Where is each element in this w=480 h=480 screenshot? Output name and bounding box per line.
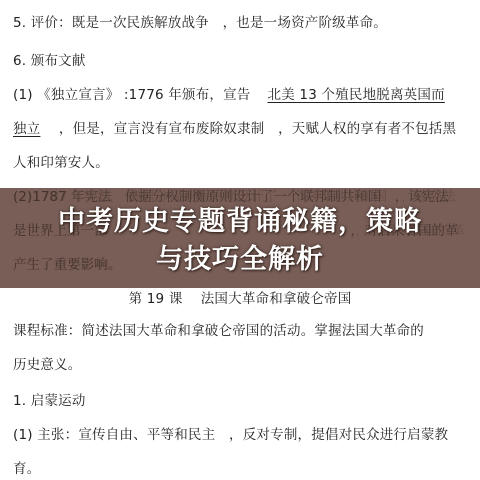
evaluation-line: 5. 评价：既是一次民族解放战争 ，也是一场资产阶级革命。 bbox=[13, 14, 387, 32]
section-heading-documents: 6. 颁布文献 bbox=[13, 52, 86, 70]
declaration-prefix: (1) 《独立宣言》 :1776 年颁布，宣告 bbox=[13, 87, 251, 103]
curriculum-standard-line: 课程标准：简述法国大革命和拿破仑帝国的活动。掌握法国大革命的 bbox=[13, 322, 424, 340]
section-heading-enlightenment: 1. 启蒙运动 bbox=[13, 392, 86, 410]
enlightenment-ideas-line: (1) 主张：宣传自由、平等和民主 ，反对专制，提倡对民众进行启蒙教 bbox=[13, 426, 448, 444]
independence-underlined-text: 独立 bbox=[13, 121, 40, 137]
declaration-continuation-line: 独立​ ，但是，宣言没有宣布废除奴隶制 ，天赋人权的享有者不包括黑 bbox=[13, 120, 456, 138]
declaration-line: (1) 《独立宣言》 :1776 年颁布，宣告 北美 13 个殖民地脱离英国而 bbox=[13, 86, 445, 104]
declaration-continuation-text: ，但是，宣言没有宣布废除奴隶制 ，天赋人权的享有者不包括黑 bbox=[59, 121, 456, 137]
curriculum-standard-end-line: 历史意义。 bbox=[13, 356, 82, 374]
document-page: 5. 评价：既是一次民族解放战争 ，也是一场资产阶级革命。 6. 颁布文献 (1… bbox=[0, 0, 480, 480]
enlightenment-ideas-end-line: 育。 bbox=[13, 460, 40, 478]
declaration-underlined-text: 北美 13 个殖民地脱离英国而 bbox=[268, 87, 445, 103]
banner-title-line-2: 与技巧全解析 bbox=[0, 242, 480, 278]
lesson-title: 第 19 课 法国大革命和拿破仑帝国 bbox=[0, 290, 480, 308]
banner-title-line-1: 中考历史专题背诵秘籍，策略 bbox=[0, 204, 480, 240]
declaration-end-line: 人和印第安人。 bbox=[13, 154, 109, 172]
